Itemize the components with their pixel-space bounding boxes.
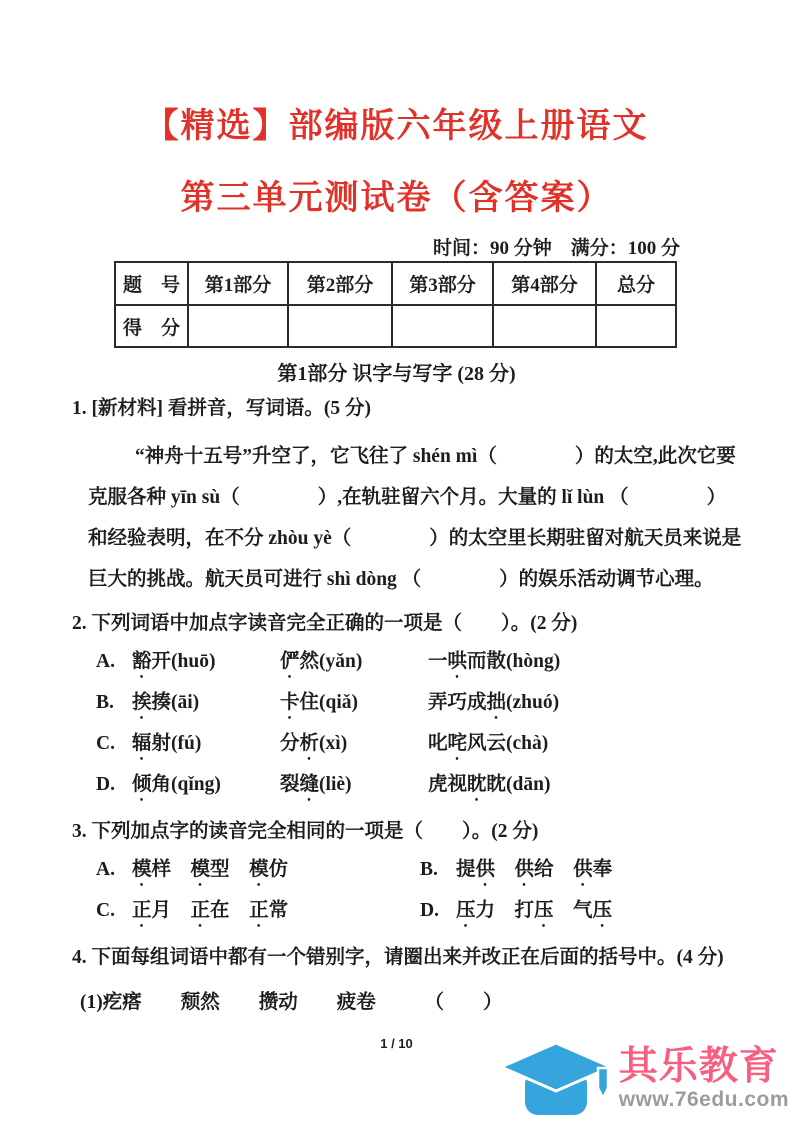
option-words: 模样 模型 模仿 [132,853,420,891]
score-row-label: 得 分 [115,305,188,347]
option-word: 辐射(fú) [132,727,280,765]
emphasis-dot-char: 析 [300,733,320,754]
option-label: B. [420,859,456,881]
emphasis-dot-char: 正 [191,900,211,921]
emphasis-dot-char: 模 [191,859,211,880]
score-table-header-total: 总分 [596,262,676,305]
score-cell-part4 [493,305,596,347]
emphasis-dot-char: 供 [573,859,593,880]
option-words: 提供 供给 供奉 [456,859,612,880]
brand-name: 其乐教育 [619,1047,779,1086]
score-table-header-part3: 第3部分 [392,262,493,305]
score-table-header-part4: 第4部分 [493,262,596,305]
emphasis-dot-char: 正 [132,900,152,921]
question-2-option-b: B.挨揍(āi)卡住(qiǎ)弄巧成拙(zhuó) [96,686,559,724]
emphasis-dot-char: 倾 [132,774,152,795]
option-word: 卡住(qiǎ) [280,686,428,724]
option-label: A. [96,651,132,673]
question-1-paragraph-line: 巨大的挑战。航天员可进行 shì dòng （ ）的娱乐活动调节心理。 [88,563,714,591]
option-word: 裂缝(liè) [280,768,428,806]
question-3-row-1: A.模样 模型 模仿B.提供 供给 供奉 [96,853,612,891]
question-1-paragraph-line: “神舟十五号”升空了，它飞往了 shén mì（ ）的太空,此次它要 [135,440,736,468]
option-word: 豁开(huō) [132,645,280,683]
option-label: A. [96,859,132,881]
question-2-option-d: D.倾角(qǐng)裂缝(liè)虎视眈眈(dān) [96,768,550,806]
graduation-cap-icon [497,1037,615,1119]
option-word: 一哄而散(hòng) [428,651,560,672]
score-cell-part1 [188,305,288,347]
section1-heading: 第1部分 识字与写字 (28 分) [0,357,793,386]
score-table-header-part1: 第1部分 [188,262,288,305]
score-table-header-part2: 第2部分 [288,262,392,305]
brand-logo: 其乐教育 www.76edu.com [497,1036,789,1120]
question-2-option-a: A.豁开(huō)俨然(yǎn)一哄而散(hòng) [96,645,560,683]
option-word: 叱咤风云(chà) [428,733,548,754]
paper-title-line1: 【精选】部编版六年级上册语文 [0,98,793,147]
emphasis-dot-char: 辐 [132,733,152,754]
score-table: 题 号 第1部分 第2部分 第3部分 第4部分 总分 得 分 [114,261,677,348]
question-3-row-2: C.正月 正在 正常D.压力 打压 气压 [96,894,612,932]
emphasis-dot-char: 供 [515,859,535,880]
option-label: C. [96,733,132,755]
option-label: C. [96,900,132,922]
time-score-info: 时间：90 分钟 满分：100 分 [433,233,680,260]
score-table-corner-label: 题 号 [115,262,188,305]
emphasis-dot-char: 俨 [280,651,300,672]
score-cell-part3 [392,305,493,347]
emphasis-dot-char: 模 [132,859,152,880]
question-1-paragraph-line: 克服各种 yīn sù（ ）,在轨驻留六个月。大量的 lǐ lùn （ ） [88,481,726,509]
option-word: 俨然(yǎn) [280,645,428,683]
option-word: 分析(xì) [280,727,428,765]
option-word: 倾角(qǐng) [132,768,280,806]
emphasis-dot-char: 缝 [300,774,320,795]
emphasis-dot-char: 压 [456,900,476,921]
emphasis-dot-char: 压 [593,900,613,921]
question-3-stem: 3. 下列加点字的读音完全相同的一项是（ ）。(2 分) [72,815,538,843]
emphasis-dot-char: 模 [249,859,269,880]
option-word: 挨揍(āi) [132,686,280,724]
question-2-option-c: C.辐射(fú)分析(xì)叱咤风云(chà) [96,727,548,765]
emphasis-dot-char: 豁 [132,651,152,672]
question-1-stem: 1. [新材料] 看拼音，写词语。(5 分) [72,392,371,420]
question-2-stem: 2. 下列词语中加点字读音完全正确的一项是（ ）。(2 分) [72,607,577,635]
score-cell-total [596,305,676,347]
emphasis-dot-char: 哄 [448,651,468,672]
test-paper-page: 【精选】部编版六年级上册语文 第三单元测试卷（含答案） 时间：90 分钟 满分：… [0,0,793,1122]
option-words: 压力 打压 气压 [456,900,612,921]
score-cell-part2 [288,305,392,347]
emphasis-dot-char: 压 [534,900,554,921]
emphasis-dot-char: 正 [249,900,269,921]
brand-text-block: 其乐教育 www.76edu.com [619,1047,789,1110]
emphasis-dot-char: 卡 [280,692,300,713]
emphasis-dot-char: 拙 [487,692,507,713]
option-label: B. [96,692,132,714]
emphasis-dot-char: 咤 [448,733,468,754]
emphasis-dot-char: 供 [476,859,496,880]
option-word: 弄巧成拙(zhuó) [428,692,559,713]
emphasis-dot-char: 眈 [467,774,487,795]
paper-title-line2: 第三单元测试卷（含答案） [0,170,793,219]
brand-url: www.76edu.com [619,1089,789,1110]
question-1-paragraph-line: 和经验表明，在不分 zhòu yè（ ）的太空里长期驻留对航天员来说是 [88,522,741,550]
option-words: 正月 正在 正常 [132,894,420,932]
option-word: 虎视眈眈(dān) [428,774,550,795]
question-4-item-1: (1)疙瘩 颓然 攒动 疲卷 （ ） [80,986,503,1014]
option-label: D. [420,900,456,922]
option-label: D. [96,774,132,796]
emphasis-dot-char: 挨 [132,692,152,713]
question-4-stem: 4. 下面每组词语中都有一个错别字，请圈出来并改正在后面的括号中。(4 分) [72,941,724,969]
